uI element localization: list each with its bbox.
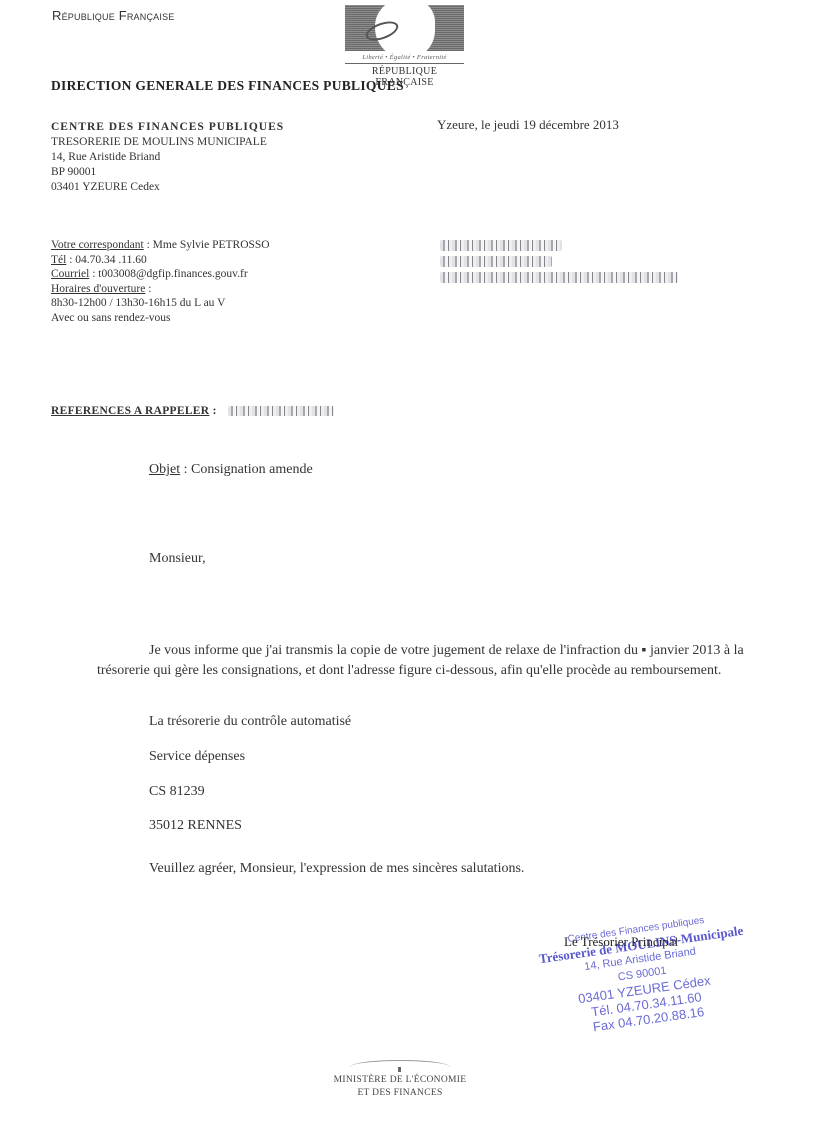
redacted-line	[440, 256, 552, 267]
republique-francaise-label: République Française	[52, 8, 174, 23]
horaires-line: Horaires d'ouverture :	[51, 282, 270, 297]
signature-title: Le Trésorier Principal	[564, 934, 678, 950]
sender-bp: BP 90001	[51, 165, 284, 180]
objet-value: : Consignation amende	[180, 462, 313, 477]
courriel-value: : t003008@dgfip.finances.gouv.fr	[89, 268, 247, 280]
tresorerie-stamp: Centre des Finances publiques Trésorerie…	[536, 909, 752, 1066]
marianne-logo-icon	[345, 5, 464, 51]
contact-block: Votre correspondant : Mme Sylvie PETROSS…	[51, 238, 270, 326]
references-label: REFERENCES A RAPPELER	[51, 405, 209, 417]
courriel-line: Courriel : t003008@dgfip.finances.gouv.f…	[51, 267, 270, 282]
correspondant-line: Votre correspondant : Mme Sylvie PETROSS…	[51, 238, 270, 253]
horaires-value: 8h30-12h00 / 13h30-16h15 du L au V	[51, 296, 270, 311]
redacted-line	[440, 240, 562, 251]
sender-address: CENTRE DES FINANCES PUBLIQUES TRESORERIE…	[51, 120, 284, 195]
republique-francaise-text: République Française	[52, 8, 174, 23]
marianne-logo: Liberté • Égalité • Fraternité RÉPUBLIQU…	[345, 5, 464, 83]
references-separator: :	[209, 405, 216, 417]
correspondant-label: Votre correspondant	[51, 239, 144, 251]
address-line-2: Service dépenses	[149, 749, 245, 765]
sender-tresorerie: TRESORERIE DE MOULINS MUNICIPALE	[51, 135, 284, 150]
tel-value: : 04.70.34 .11.60	[66, 254, 146, 266]
tel-label: Tél	[51, 254, 66, 266]
ministere-line-2: ET DES FINANCES	[300, 1087, 500, 1100]
horaires-label: Horaires d'ouverture	[51, 283, 145, 295]
salutation: Monsieur,	[149, 551, 206, 567]
logo-divider	[345, 63, 464, 64]
courriel-label: Courriel	[51, 268, 89, 280]
correspondant-value: : Mme Sylvie PETROSSO	[144, 239, 270, 251]
redacted-line	[440, 272, 678, 283]
closing-formula: Veuillez agréer, Monsieur, l'expression …	[149, 861, 524, 877]
address-line-4: 35012 RENNES	[149, 818, 242, 834]
logo-motto: Liberté • Égalité • Fraternité	[345, 54, 464, 61]
direction-title: DIRECTION GENERALE DES FINANCES PUBLIQUE…	[51, 78, 404, 94]
tel-line: Tél : 04.70.34 .11.60	[51, 253, 270, 268]
body-text: Je vous informe que j'ai transmis la cop…	[97, 643, 744, 678]
objet-label: Objet	[149, 462, 180, 477]
sender-street: 14, Rue Aristide Briand	[51, 150, 284, 165]
sender-centre: CENTRE DES FINANCES PUBLIQUES	[51, 120, 284, 135]
recipient-address-redacted	[440, 240, 678, 283]
sender-city: 03401 YZEURE Cedex	[51, 180, 284, 195]
references-line: REFERENCES A RAPPELER :	[51, 405, 217, 417]
date-line: Yzeure, le jeudi 19 décembre 2013	[437, 117, 619, 133]
rdv-line: Avec ou sans rendez-vous	[51, 311, 270, 326]
horaires-suffix: :	[145, 283, 151, 295]
objet-line: Objet : Consignation amende	[149, 462, 313, 478]
references-value-redacted	[228, 406, 334, 416]
body-paragraph: Je vous informe que j'ai transmis la cop…	[97, 641, 767, 681]
address-line-1: La trésorerie du contrôle automatisé	[149, 714, 351, 730]
ministere-footer: MINISTÈRE DE L'ÉCONOMIE ET DES FINANCES	[300, 1060, 500, 1100]
ministere-line-1: MINISTÈRE DE L'ÉCONOMIE	[300, 1074, 500, 1087]
ministere-emblem-icon	[350, 1060, 450, 1074]
address-line-3: CS 81239	[149, 784, 205, 800]
